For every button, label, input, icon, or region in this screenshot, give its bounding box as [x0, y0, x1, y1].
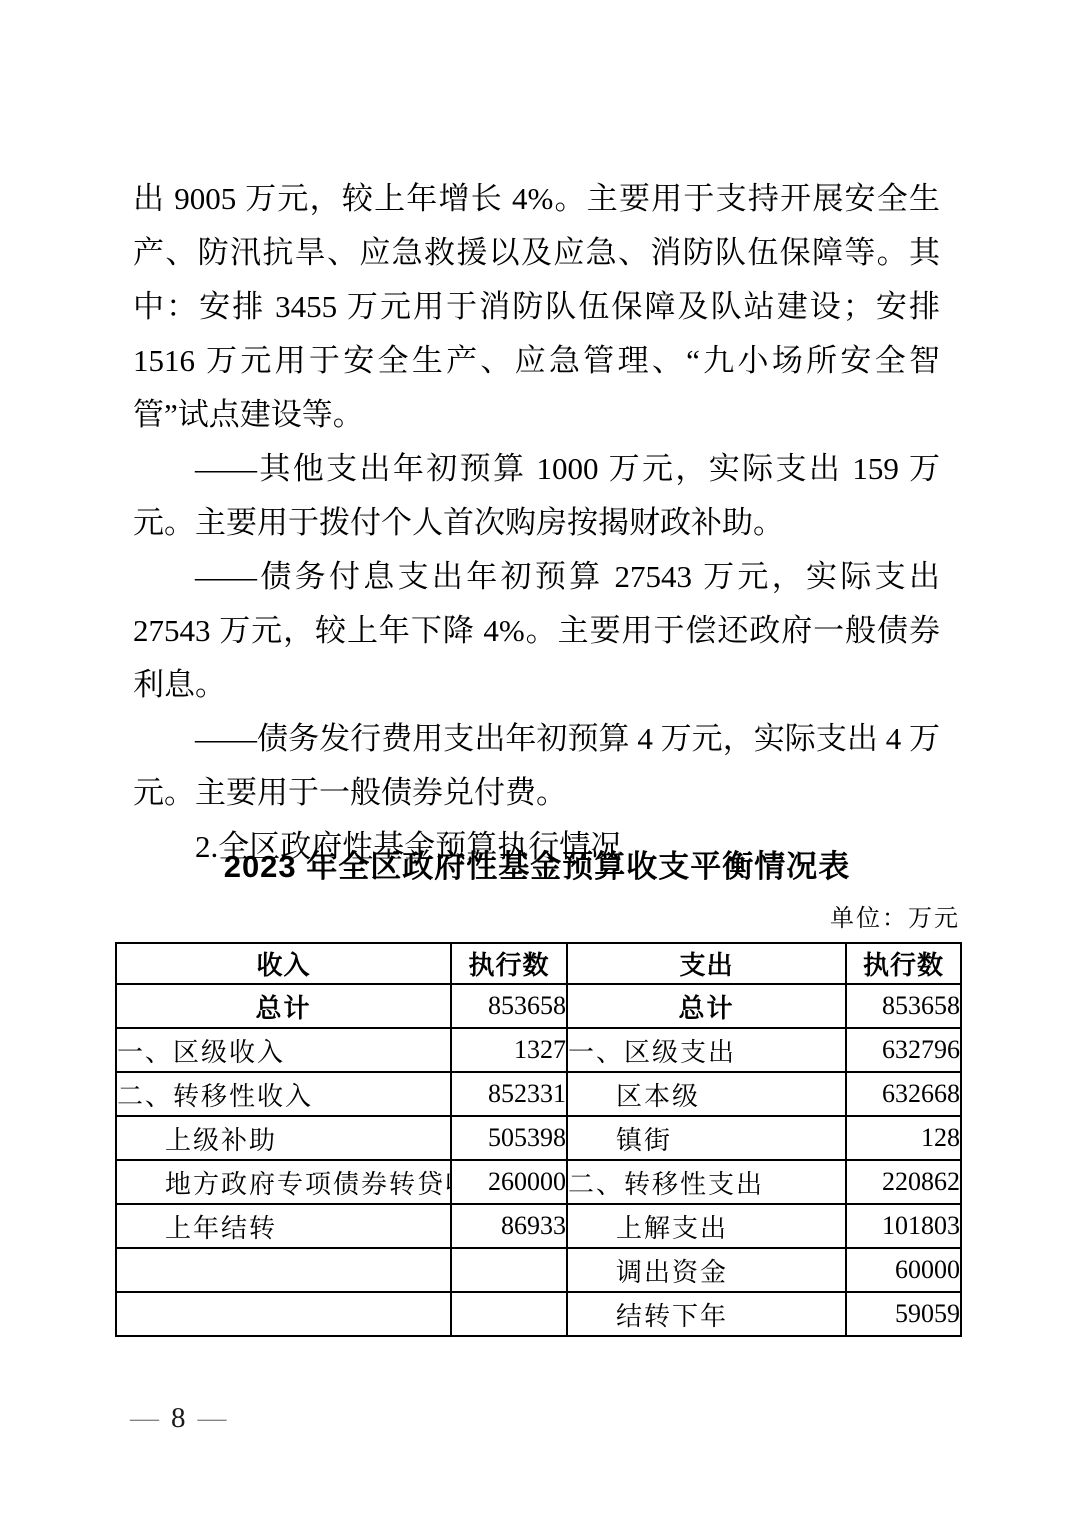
document-page: 出 9005 万元，较上年增长 4%。主要用于支持开展安全生产、防汛抗旱、应急救…	[0, 0, 1074, 1520]
page-number: 8	[161, 1402, 198, 1434]
expense-value-cell: 101803	[846, 1204, 961, 1248]
income-value-cell: 853658	[451, 984, 567, 1028]
body-paragraph: ——其他支出年初预算 1000 万元，实际支出 159 万元。主要用于拨付个人首…	[133, 442, 940, 550]
income-label-cell: 一、区级收入	[116, 1028, 451, 1072]
expense-label-cell: 总计	[567, 984, 846, 1028]
expense-value-cell: 220862	[846, 1160, 961, 1204]
table-header-row: 收入 执行数 支出 执行数	[116, 943, 961, 984]
unit-note: 单位：万元	[115, 902, 960, 936]
expense-value-cell: 632796	[846, 1028, 961, 1072]
page-number-footer: —8—	[130, 1400, 229, 1436]
income-label-cell: 地方政府专项债券转贷收入	[116, 1160, 451, 1204]
table-title: 2023 年全区政府性基金预算收支平衡情况表	[0, 845, 1074, 889]
column-header-income-value: 执行数	[451, 943, 567, 984]
table-row: 结转下年 59059	[116, 1292, 961, 1336]
income-value-cell	[451, 1248, 567, 1292]
body-paragraph: ——债务发行费用支出年初预算 4 万元，实际支出 4 万元。主要用于一般债券兑付…	[133, 712, 940, 820]
column-header-income: 收入	[116, 943, 451, 984]
table-row: 上年结转 86933 上解支出 101803	[116, 1204, 961, 1248]
income-value-cell: 505398	[451, 1116, 567, 1160]
table-row: 调出资金 60000	[116, 1248, 961, 1292]
body-paragraph: ——债务付息支出年初预算 27543 万元，实际支出 27543 万元，较上年下…	[133, 550, 940, 712]
income-value-cell: 86933	[451, 1204, 567, 1248]
income-label-cell	[116, 1292, 451, 1336]
expense-label-cell: 区本级	[567, 1072, 846, 1116]
table-row: 地方政府专项债券转贷收入 260000 二、转移性支出 220862	[116, 1160, 961, 1204]
expense-label-cell: 一、区级支出	[567, 1028, 846, 1072]
column-header-expense: 支出	[567, 943, 846, 984]
income-value-cell: 260000	[451, 1160, 567, 1204]
income-label-cell: 上年结转	[116, 1204, 451, 1248]
table-row: 二、转移性收入 852331 区本级 632668	[116, 1072, 961, 1116]
income-value-cell: 852331	[451, 1072, 567, 1116]
expense-label-cell: 二、转移性支出	[567, 1160, 846, 1204]
table-row: 一、区级收入 1327 一、区级支出 632796	[116, 1028, 961, 1072]
expense-value-cell: 60000	[846, 1248, 961, 1292]
expense-label-cell: 上解支出	[567, 1204, 846, 1248]
footer-right-dash: —	[198, 1402, 229, 1434]
expense-label-cell: 镇街	[567, 1116, 846, 1160]
footer-left-dash: —	[130, 1402, 161, 1434]
income-label-cell: 上级补助	[116, 1116, 451, 1160]
income-label-cell: 总计	[116, 984, 451, 1028]
expense-label-cell: 调出资金	[567, 1248, 846, 1292]
body-text-block: 出 9005 万元，较上年增长 4%。主要用于支持开展安全生产、防汛抗旱、应急救…	[133, 172, 940, 874]
expense-value-cell: 853658	[846, 984, 961, 1028]
income-value-cell	[451, 1292, 567, 1336]
table-row: 总计 853658 总计 853658	[116, 984, 961, 1028]
budget-table: 收入 执行数 支出 执行数 总计 853658 总计 853658 一、区级收入…	[115, 942, 962, 1337]
expense-label-cell: 结转下年	[567, 1292, 846, 1336]
income-value-cell: 1327	[451, 1028, 567, 1072]
table-row: 上级补助 505398 镇街 128	[116, 1116, 961, 1160]
column-header-expense-value: 执行数	[846, 943, 961, 984]
income-label-cell: 二、转移性收入	[116, 1072, 451, 1116]
body-paragraph: 出 9005 万元，较上年增长 4%。主要用于支持开展安全生产、防汛抗旱、应急救…	[133, 172, 940, 442]
expense-value-cell: 128	[846, 1116, 961, 1160]
income-label-cell	[116, 1248, 451, 1292]
expense-value-cell: 632668	[846, 1072, 961, 1116]
expense-value-cell: 59059	[846, 1292, 961, 1336]
